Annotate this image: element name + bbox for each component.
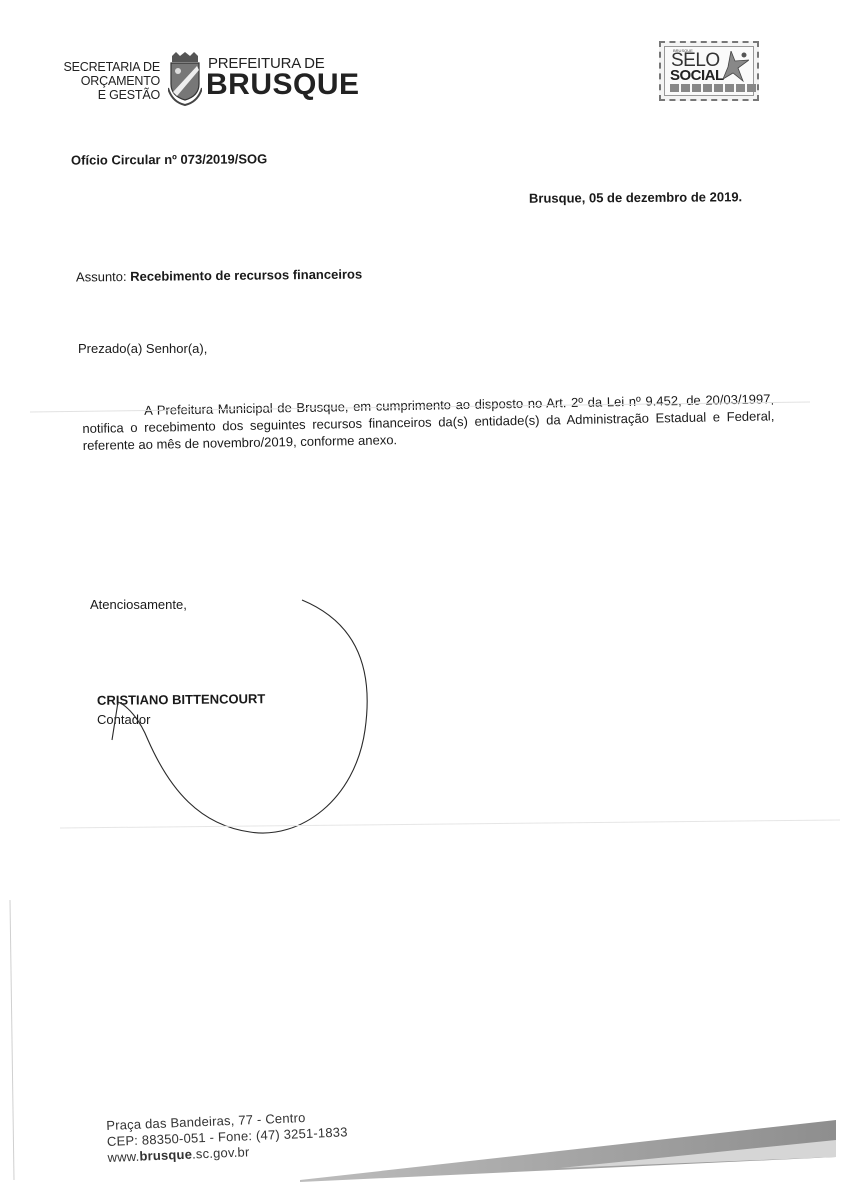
subject-text: Recebimento de recursos financeiros [130,267,362,284]
place-date: Brusque, 05 de dezembro de 2019. [529,189,742,205]
seal-icon-strip [670,84,756,92]
star-icon [723,51,749,83]
salutation: Prezado(a) Senhor(a), [78,341,207,356]
closing: Atenciosamente, [90,597,187,612]
subject-line: Assunto: Recebimento de recursos finance… [76,267,362,285]
department-line: ORÇAMENTO [62,74,160,88]
department-line: SECRETARIA DE [62,60,160,74]
city-name: BRUSQUE [206,68,360,102]
city-crest-icon [168,52,202,106]
body-paragraph: A Prefeitura Municipal de Brusque, em cu… [82,390,775,454]
department-line: E GESTÃO [62,88,160,102]
seal-line2: SOCIAL [670,69,724,83]
footer-contact: Praça das Bandeiras, 77 - Centro CEP: 88… [106,1108,349,1166]
body-text: A Prefeitura Municipal de Brusque, em cu… [82,391,774,453]
signatory-role: Contador [97,712,150,727]
selo-social-seal: BRUSQUE SELO SOCIAL [659,41,759,101]
subject-label: Assunto: [76,269,127,285]
document-reference: Ofício Circular nº 073/2019/SOG [71,151,267,167]
signatory-name: CRISTIANO BITTENCOURT [97,691,265,708]
department-name: SECRETARIA DE ORÇAMENTO E GESTÃO [62,60,160,102]
